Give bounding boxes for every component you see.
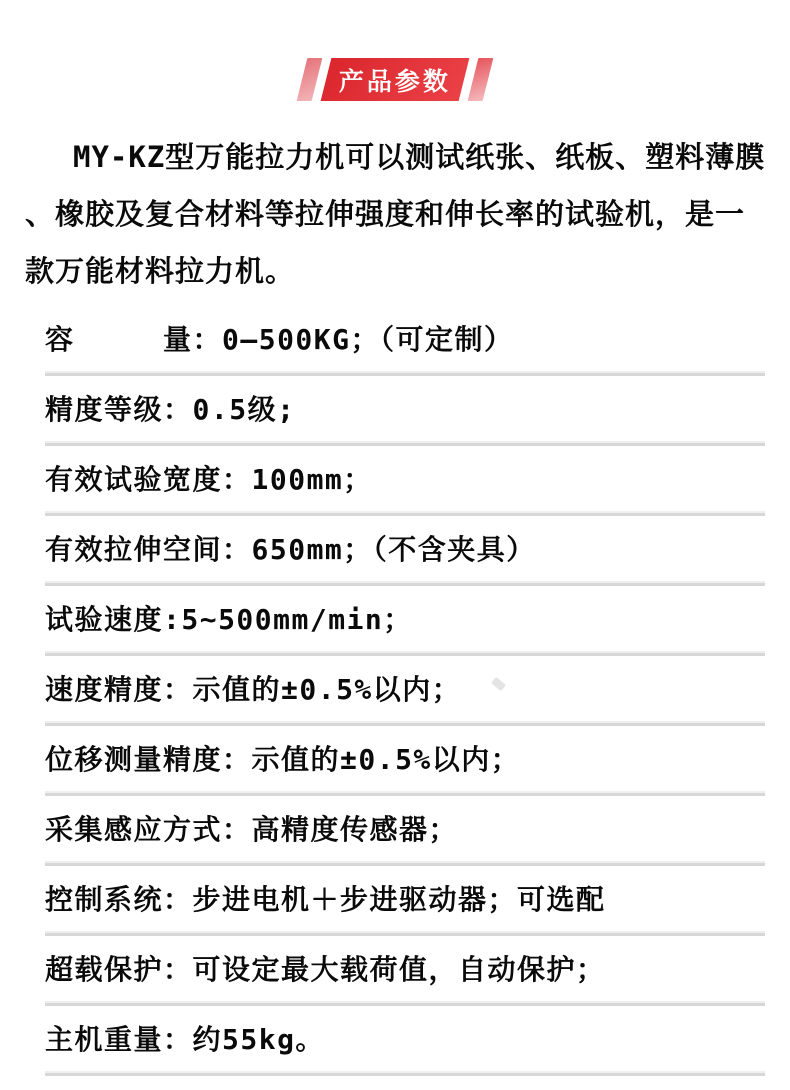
spec-row-test-width: 有效试验宽度：100mm； xyxy=(0,446,790,516)
spec-row-speed-accuracy: 速度精度：示值的±0.5%以内； xyxy=(0,656,790,726)
spec-list: 容 量：0—500KG；（可定制） 精度等级：0.5级; 有效试验宽度：100m… xyxy=(0,306,790,1076)
banner-slash-icon-right xyxy=(468,58,494,101)
spec-row-sensing-mode: 采集感应方式：高精度传感器； xyxy=(0,796,790,866)
spec-text: 速度精度：示值的±0.5%以内； xyxy=(45,656,765,721)
spec-text: 试验速度:5~500mm/min； xyxy=(45,586,765,651)
intro-line: 款万能材料拉力机。 xyxy=(25,243,765,300)
spec-text: 容 量：0—500KG；（可定制） xyxy=(45,306,765,371)
spec-row-host-weight: 主机重量：约55kg。 xyxy=(0,1006,790,1076)
spec-text: 有效拉伸空间：650mm；（不含夹具） xyxy=(45,516,765,581)
spec-row-stretch-space: 有效拉伸空间：650mm；（不含夹具） xyxy=(0,516,790,586)
spec-text: 控制系统：步进电机＋步进驱动器；可选配 xyxy=(45,866,765,931)
spec-row-displacement-accuracy: 位移测量精度：示值的±0.5%以内； xyxy=(0,726,790,796)
row-divider xyxy=(45,1071,765,1076)
spec-text: 超载保护：可设定最大载荷值，自动保护； xyxy=(45,936,765,1001)
spec-text: 位移测量精度：示值的±0.5%以内； xyxy=(45,726,765,791)
product-intro-paragraph: MY-KZ型万能拉力机可以测试纸张、纸板、塑料薄膜 、橡胶及复合材料等拉伸强度和… xyxy=(25,129,765,300)
section-header-banner: 产品参数 xyxy=(0,58,790,101)
spec-text: 主机重量：约55kg。 xyxy=(45,1006,765,1071)
spec-row-capacity: 容 量：0—500KG；（可定制） xyxy=(0,306,790,376)
banner-slash-icon-left xyxy=(297,58,323,101)
section-title: 产品参数 xyxy=(339,62,451,98)
spec-text: 精度等级：0.5级; xyxy=(45,376,765,441)
intro-line: MY-KZ型万能拉力机可以测试纸张、纸板、塑料薄膜 xyxy=(25,129,765,186)
spec-row-accuracy-class: 精度等级：0.5级; xyxy=(0,376,790,446)
banner-title-plate: 产品参数 xyxy=(321,58,470,101)
spec-row-test-speed: 试验速度:5~500mm/min； xyxy=(0,586,790,656)
intro-line: 、橡胶及复合材料等拉伸强度和伸长率的试验机，是一 xyxy=(25,186,765,243)
spec-row-overload-protection: 超载保护：可设定最大载荷值，自动保护； xyxy=(0,936,790,1006)
spec-row-control-system: 控制系统：步进电机＋步进驱动器；可选配 xyxy=(0,866,790,936)
spec-text: 采集感应方式：高精度传感器； xyxy=(45,796,765,861)
spec-text: 有效试验宽度：100mm； xyxy=(45,446,765,511)
